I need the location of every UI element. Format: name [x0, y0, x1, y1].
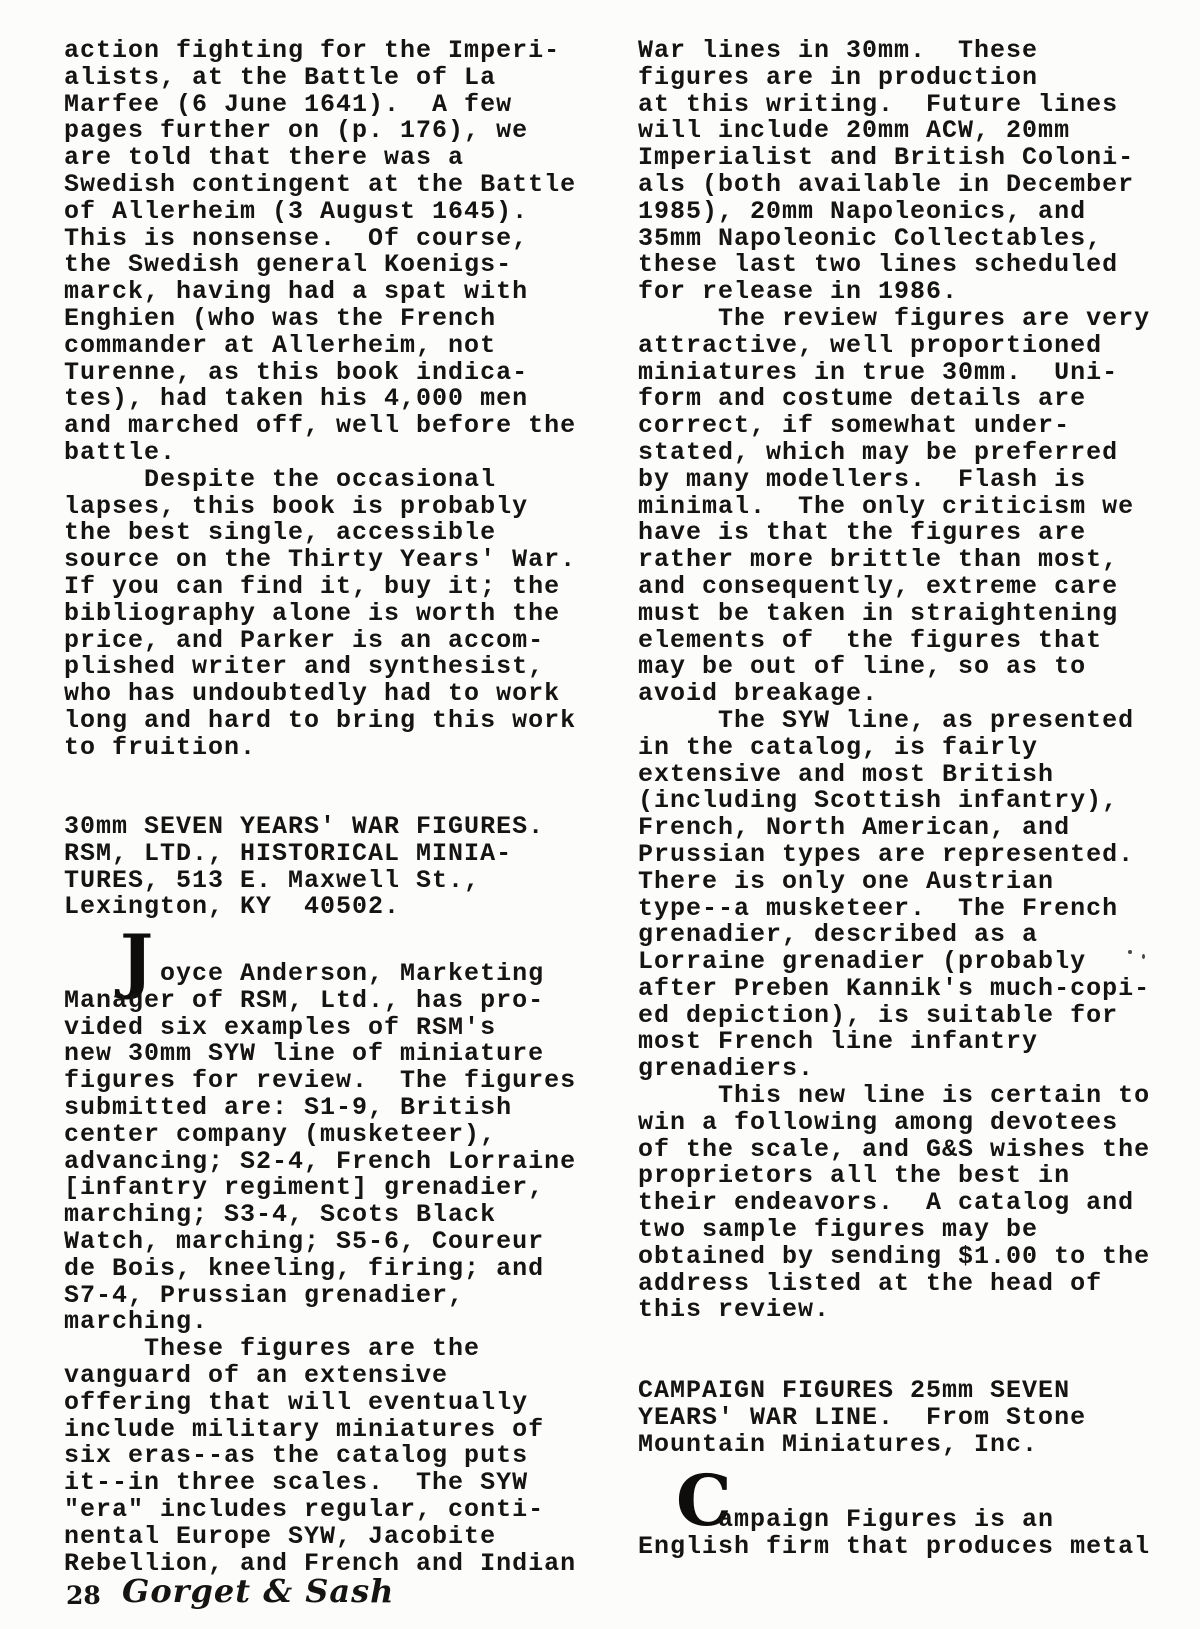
- left-column-rsm-review-text: oyce Anderson, Marketing Manager of RSM,…: [64, 961, 576, 1577]
- right-column-campaign-text: ampaign Figures is an English firm that …: [638, 1507, 1150, 1561]
- magazine-title: Gorget & Sash: [122, 1572, 394, 1610]
- campaign-figures-section-heading: CAMPAIGN FIGURES 25mm SEVEN YEARS' WAR L…: [638, 1378, 1086, 1458]
- scanned-magazine-page: action fighting for the Imperi- alists, …: [0, 0, 1200, 1629]
- right-column-review-text: War lines in 30mm. These figures are in …: [638, 38, 1150, 1324]
- page-number: 28: [66, 1581, 101, 1610]
- left-column-review-text: action fighting for the Imperi- alists, …: [64, 38, 576, 762]
- rsm-section-heading: 30mm SEVEN YEARS' WAR FIGURES. RSM, LTD.…: [64, 814, 544, 921]
- scan-speck: [1128, 950, 1132, 954]
- scan-speck: [1142, 954, 1145, 959]
